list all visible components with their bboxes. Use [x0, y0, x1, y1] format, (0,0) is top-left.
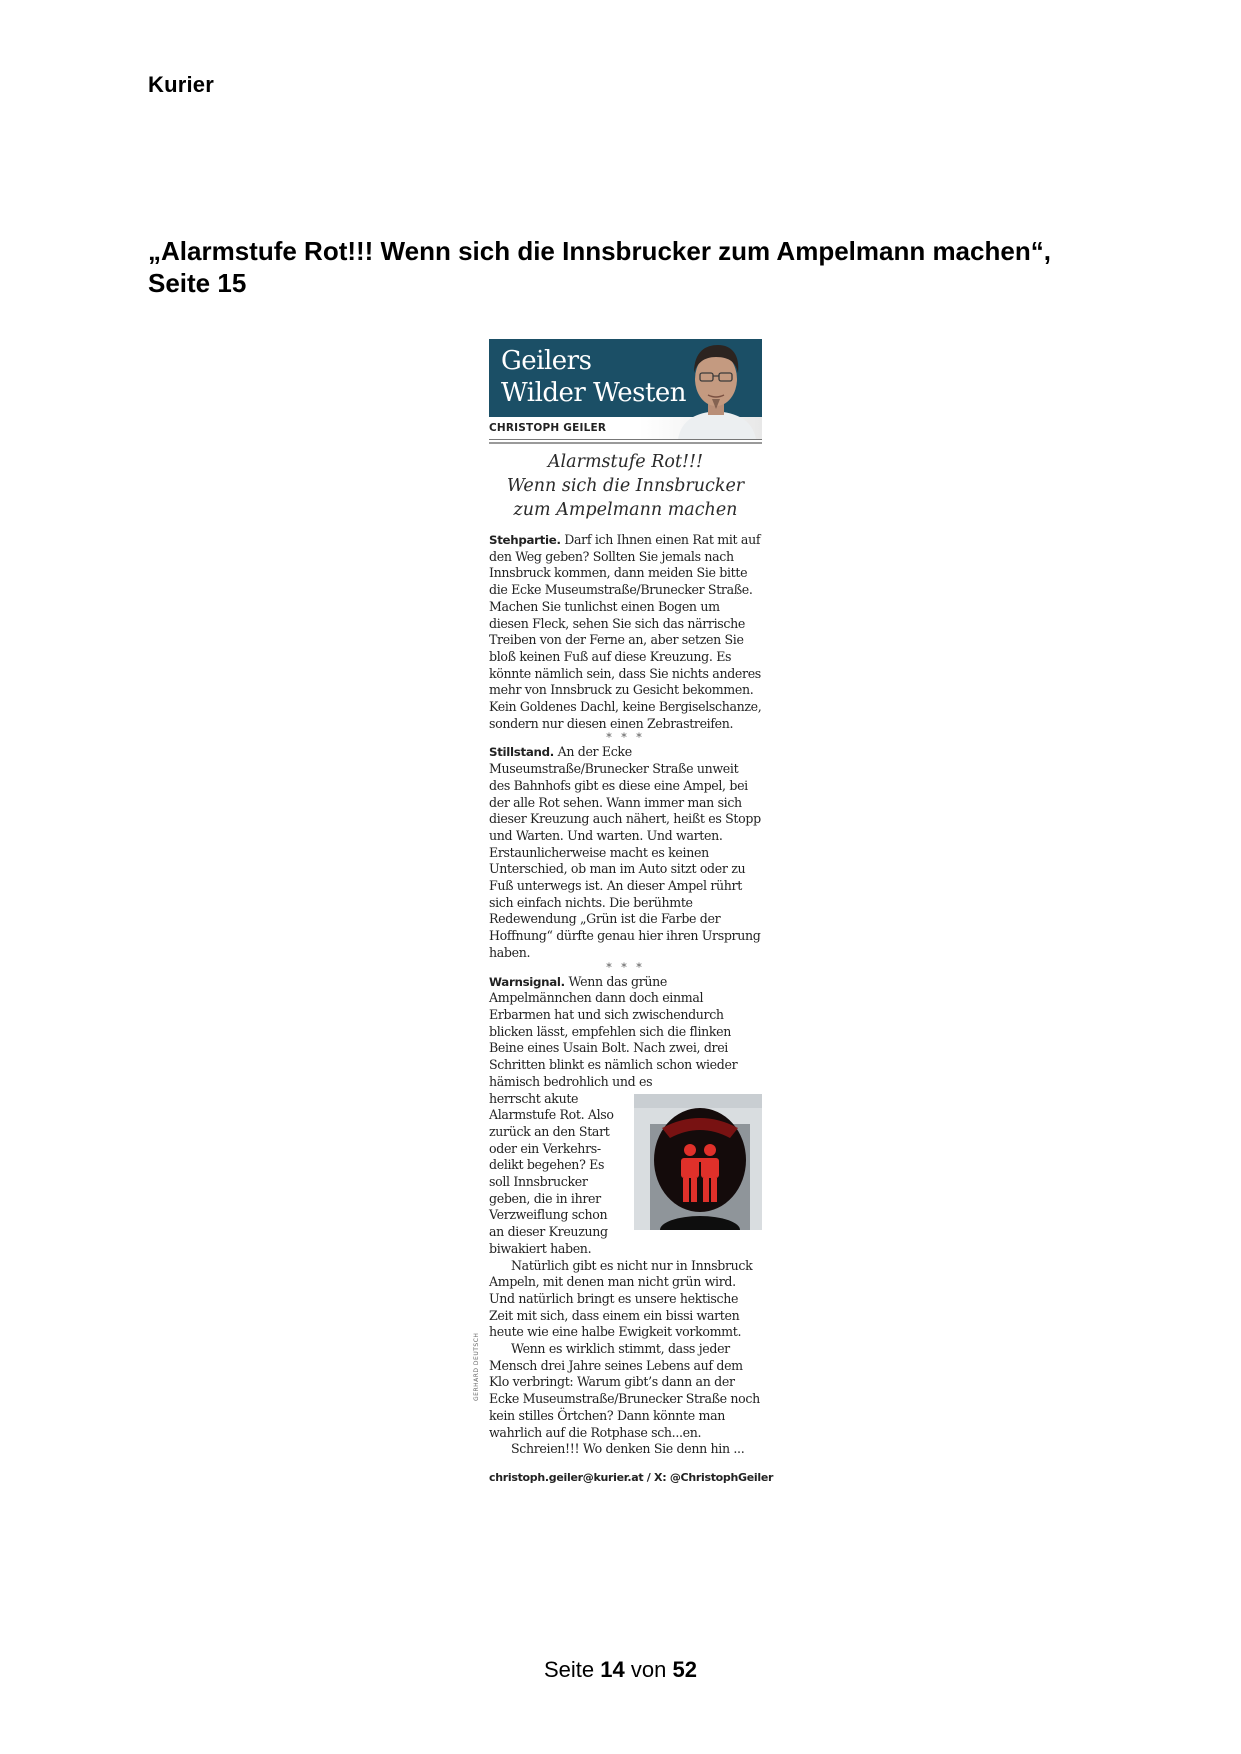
section-text: Darf ich Ihnen einen Rat mit auf den Weg… — [489, 532, 761, 731]
article-headline: Alarmstufe Rot!!! Wenn sich die Innsbruc… — [489, 450, 762, 522]
headline-line-3: zum Ampelmann machen — [489, 498, 762, 522]
column-header: Geilers Wilder Westen CHRISTOPH GEILER — [489, 339, 762, 439]
headline-line-1: Alarmstufe Rot!!! — [489, 450, 762, 474]
column-name: Geilers Wilder Westen — [501, 345, 686, 409]
section-warnsignal: Warnsignal. Wenn das grüne Ampelmännchen… — [489, 974, 762, 1091]
section-stillstand: Stillstand. An der Ecke Museumstraße/Bru… — [489, 744, 762, 961]
traffic-light-photo — [634, 1094, 762, 1230]
footer-middle: von — [631, 1657, 666, 1682]
closing-paragraph: Schreien!!! Wo denken Sie denn hin ... — [489, 1441, 762, 1458]
headline-line-2: Wenn sich die Innsbrucker — [489, 474, 762, 498]
total-page-count: 52 — [673, 1657, 697, 1682]
column-name-line-1: Geilers — [501, 345, 686, 377]
title-line-1: „Alarmstufe Rot!!! Wenn sich die Innsbru… — [148, 235, 1108, 267]
header-rule — [489, 439, 762, 444]
current-page-number: 14 — [600, 1657, 624, 1682]
closing-paragraph: Natürlich gibt es nicht nur in Innsbruck… — [489, 1258, 762, 1342]
author-name: CHRISTOPH GEILER — [489, 422, 606, 434]
section-text: Wenn das grüne Ampelmännchen dann doch e… — [489, 974, 737, 1089]
photo-wrap-block: herrscht akute Alarmstufe Rot. Also zurü… — [489, 1091, 762, 1258]
section-lead: Stehpartie. — [489, 533, 561, 547]
publication-source: Kurier — [148, 72, 214, 98]
section-lead: Stillstand. — [489, 745, 554, 759]
closing-paragraph: Wenn es wirklich stimmt, dass jeder Mens… — [489, 1341, 762, 1441]
page-footer: Seite 14 von 52 — [0, 1657, 1241, 1683]
author-contact: christoph.geiler@kurier.at / X: @Christo… — [489, 1470, 762, 1487]
section-stehpartie: Stehpartie. Darf ich Ihnen einen Rat mit… — [489, 532, 762, 732]
document-title: „Alarmstufe Rot!!! Wenn sich die Innsbru… — [148, 235, 1108, 299]
section-separator: * * * — [489, 732, 762, 744]
section-lead: Warnsignal. — [489, 975, 565, 989]
footer-prefix: Seite — [544, 1657, 594, 1682]
section-text: An der Ecke Museumstraße/Brunecker Straß… — [489, 744, 761, 959]
section-separator: * * * — [489, 962, 762, 974]
article-body: Stehpartie. Darf ich Ihnen einen Rat mit… — [489, 532, 762, 1487]
title-line-2: Seite 15 — [148, 267, 1108, 299]
column-name-line-2: Wilder Westen — [501, 377, 686, 409]
newspaper-clipping: Geilers Wilder Westen CHRISTOPH GEILER A… — [489, 339, 762, 1479]
wrap-line: biwakiert haben. — [489, 1241, 762, 1258]
photo-credit: GERHARD DEUTSCH — [473, 1333, 480, 1401]
